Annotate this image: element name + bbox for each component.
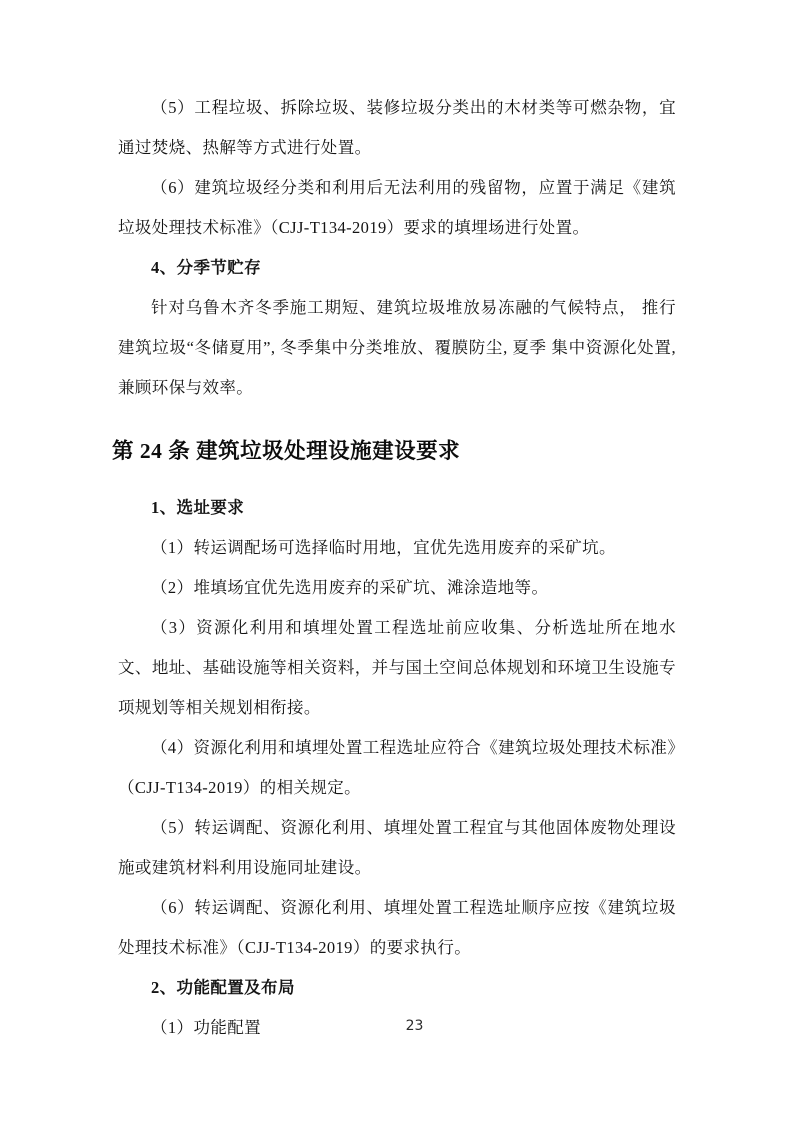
paragraph-site-1: （1）转运调配场可选择临时用地，宜优先选用废弃的采矿坑。: [118, 528, 676, 568]
paragraph-item-5-wood-waste: （5）工程垃圾、拆除垃圾、装修垃圾分类出的木材类等可燃杂物，宜通过焚烧、热解等方…: [118, 88, 676, 168]
document-content: （5）工程垃圾、拆除垃圾、装修垃圾分类出的木材类等可燃杂物，宜通过焚烧、热解等方…: [118, 88, 676, 1048]
paragraph-site-6: （6）转运调配、资源化利用、填埋处置工程选址顺序应按《建筑垃圾处理技术标准》（C…: [118, 888, 676, 968]
paragraph-seasonal-storage: 针对乌鲁木齐冬季施工期短、建筑垃圾堆放易冻融的气候特点， 推行建筑垃圾“冬储夏用…: [118, 288, 676, 408]
page-number: 23: [0, 1018, 793, 1034]
paragraph-site-5: （5）转运调配、资源化利用、填埋处置工程宜与其他固体废物处理设施或建筑材料利用设…: [118, 808, 676, 888]
paragraph-site-3: （3）资源化利用和填埋处置工程选址前应收集、分析选址所在地水文、地址、基础设施等…: [118, 608, 676, 728]
subheading-function-layout: 2、功能配置及布局: [118, 968, 676, 1008]
subheading-site-selection: 1、选址要求: [118, 488, 676, 528]
paragraph-item-6-residue: （6）建筑垃圾经分类和利用后无法利用的残留物，应置于满足《建筑垃圾处理技术标准》…: [118, 168, 676, 248]
paragraph-site-2: （2）堆填场宜优先选用废弃的采矿坑、滩涂造地等。: [118, 568, 676, 608]
subheading-seasonal-storage: 4、分季节贮存: [118, 248, 676, 288]
section-heading-article-24: 第 24 条 建筑垃圾处理设施建设要求: [112, 430, 676, 472]
document-page: （5）工程垃圾、拆除垃圾、装修垃圾分类出的木材类等可燃杂物，宜通过焚烧、热解等方…: [0, 0, 793, 1122]
paragraph-site-4: （4）资源化利用和填埋处置工程选址应符合《建筑垃圾处理技术标准》（CJJ-T13…: [118, 728, 676, 808]
